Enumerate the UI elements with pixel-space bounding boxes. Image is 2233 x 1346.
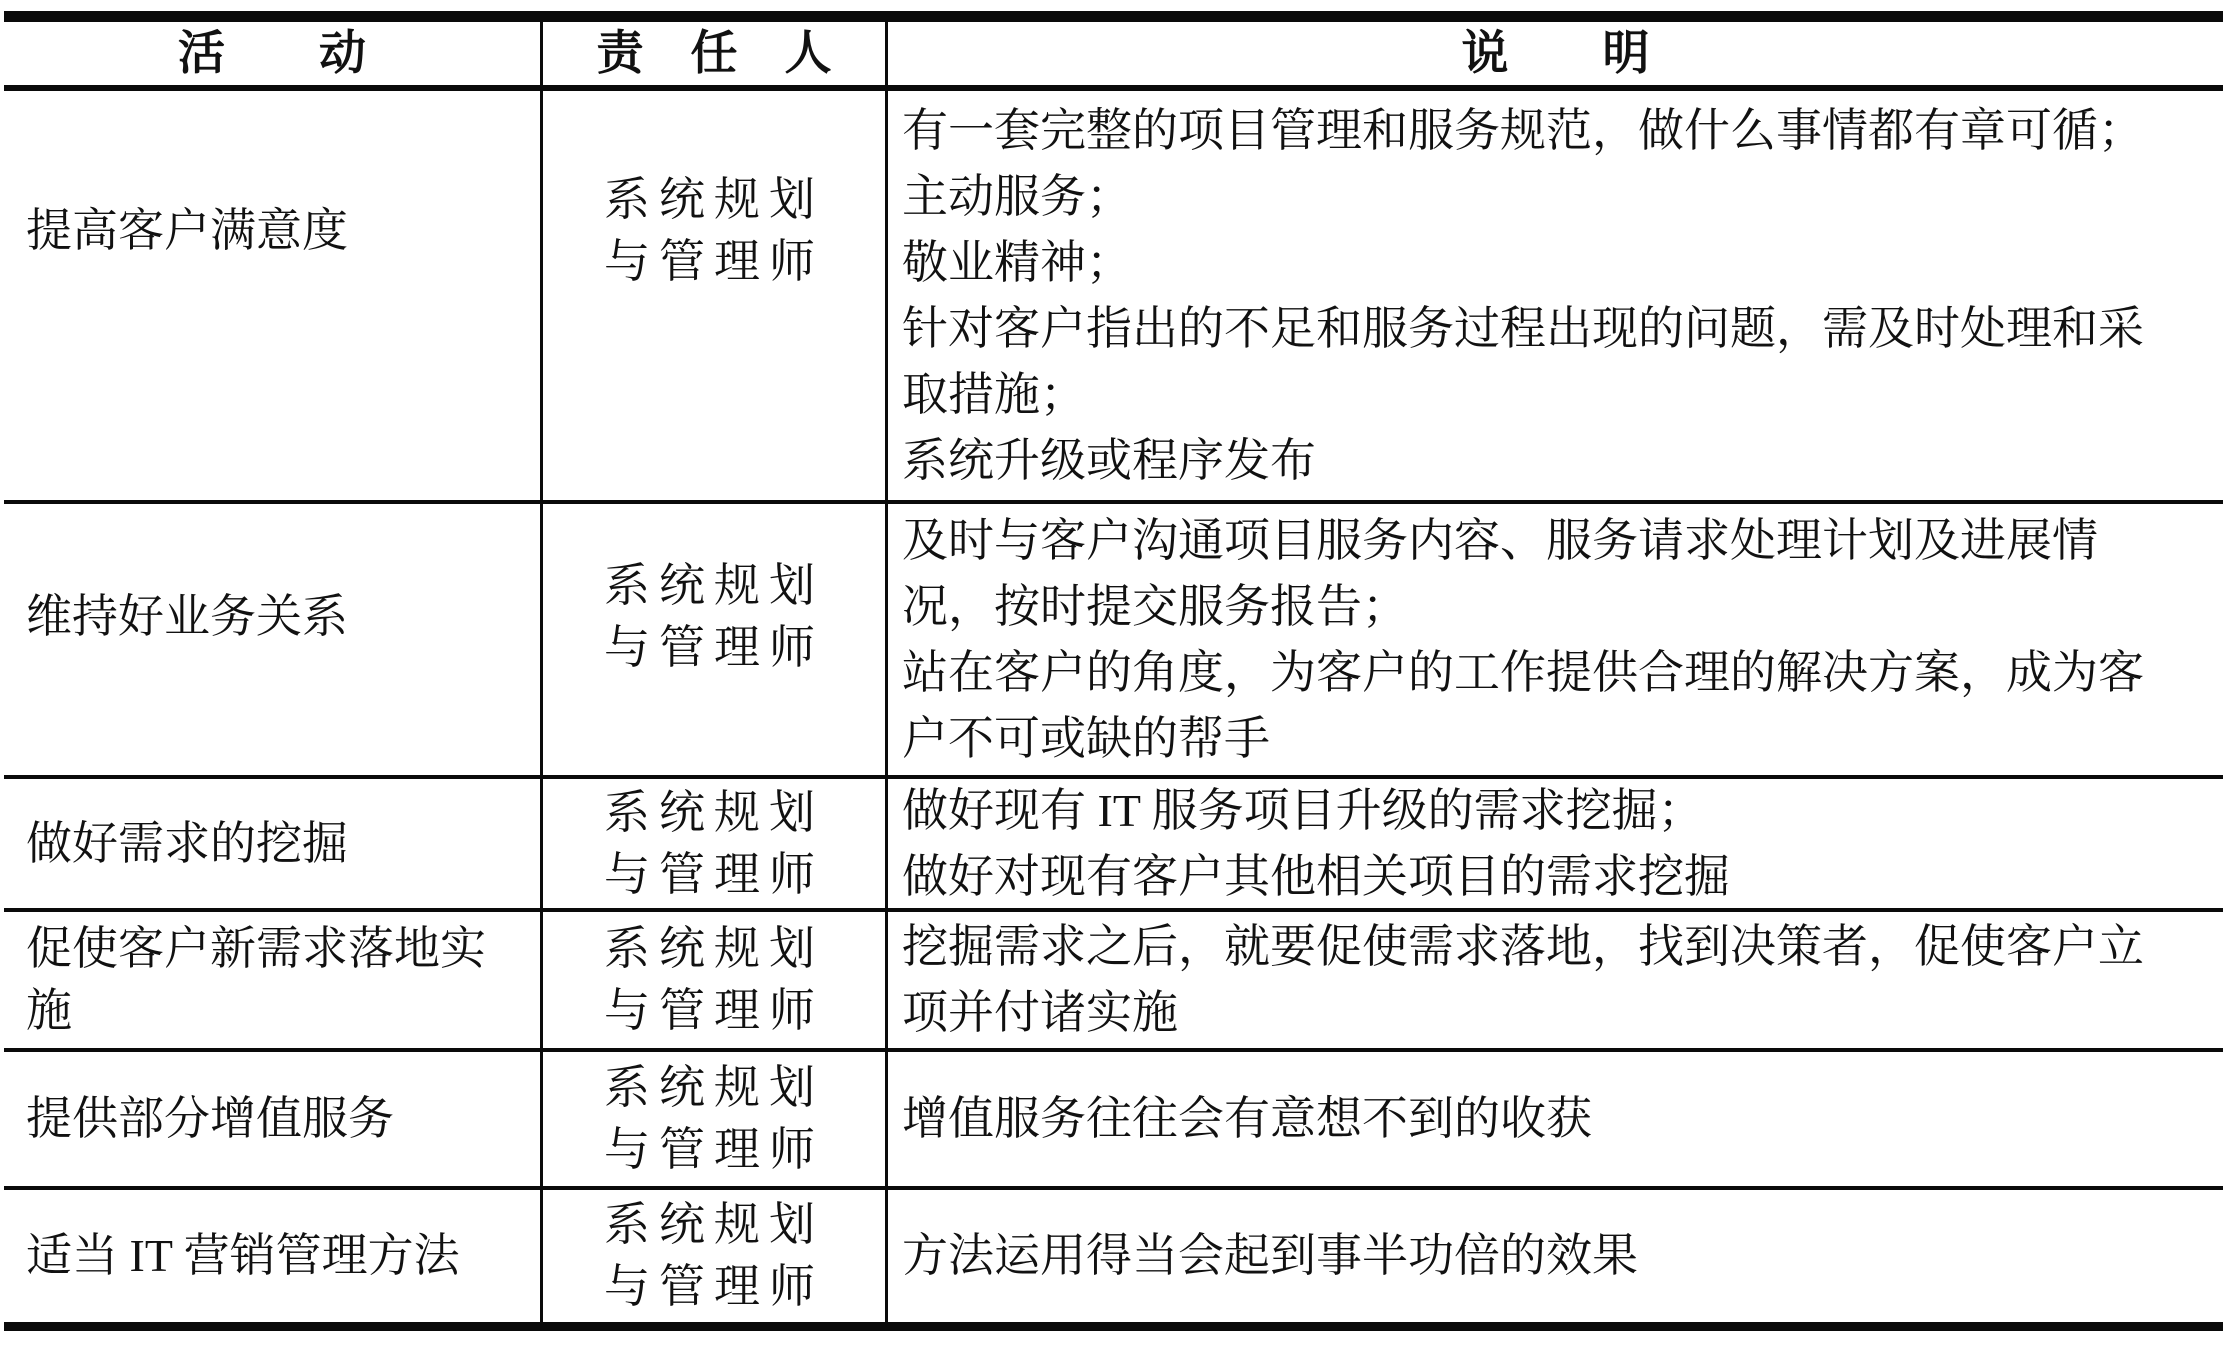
description-cell: 挖掘需求之后，就要促使需求落地，找到决策者，促使客户立项并付诸实施	[888, 912, 2223, 1052]
description-cell: 及时与客户沟通项目服务内容、服务请求处理计划及进展情况，按时提交服务报告； 站在…	[888, 504, 2223, 779]
responsible-cell: 系统规划 与管理师	[543, 1052, 888, 1190]
description-cell: 有一套完整的项目管理和服务规范，做什么事情都有章可循； 主动服务； 敬业精神； …	[888, 91, 2223, 504]
header-cell-description: 说 明	[888, 22, 2223, 91]
responsible-cell: 系统规划 与管理师	[543, 912, 888, 1052]
responsible-cell: 系统规划 与管理师	[543, 504, 888, 779]
description-cell: 做好现有 IT 服务项目升级的需求挖掘； 做好对现有客户其他相关项目的需求挖掘	[888, 779, 2223, 912]
scanned-document-page: 活 动 责 任 人 说 明 提高客户满意度 系统规划 与管理师 有一套完整的项目…	[0, 0, 2233, 1346]
header-cell-activity: 活 动	[4, 22, 543, 91]
responsible-cell: 系统规划 与管理师	[543, 779, 888, 912]
description-cell: 方法运用得当会起到事半功倍的效果	[888, 1190, 2223, 1322]
activity-cell: 维持好业务关系	[4, 504, 543, 779]
responsible-cell: 系统规划 与管理师	[543, 1190, 888, 1322]
activity-cell: 促使客户新需求落地实施	[4, 912, 543, 1052]
header-cell-responsible: 责 任 人	[543, 22, 888, 91]
responsibility-table: 活 动 责 任 人 说 明 提高客户满意度 系统规划 与管理师 有一套完整的项目…	[4, 11, 2223, 1331]
activity-cell: 做好需求的挖掘	[4, 779, 543, 912]
activity-cell: 提供部分增值服务	[4, 1052, 543, 1190]
responsible-cell: 系统规划 与管理师	[543, 91, 888, 504]
activity-cell: 提高客户满意度	[4, 91, 543, 504]
description-cell: 增值服务往往会有意想不到的收获	[888, 1052, 2223, 1190]
activity-cell: 适当 IT 营销管理方法	[4, 1190, 543, 1322]
